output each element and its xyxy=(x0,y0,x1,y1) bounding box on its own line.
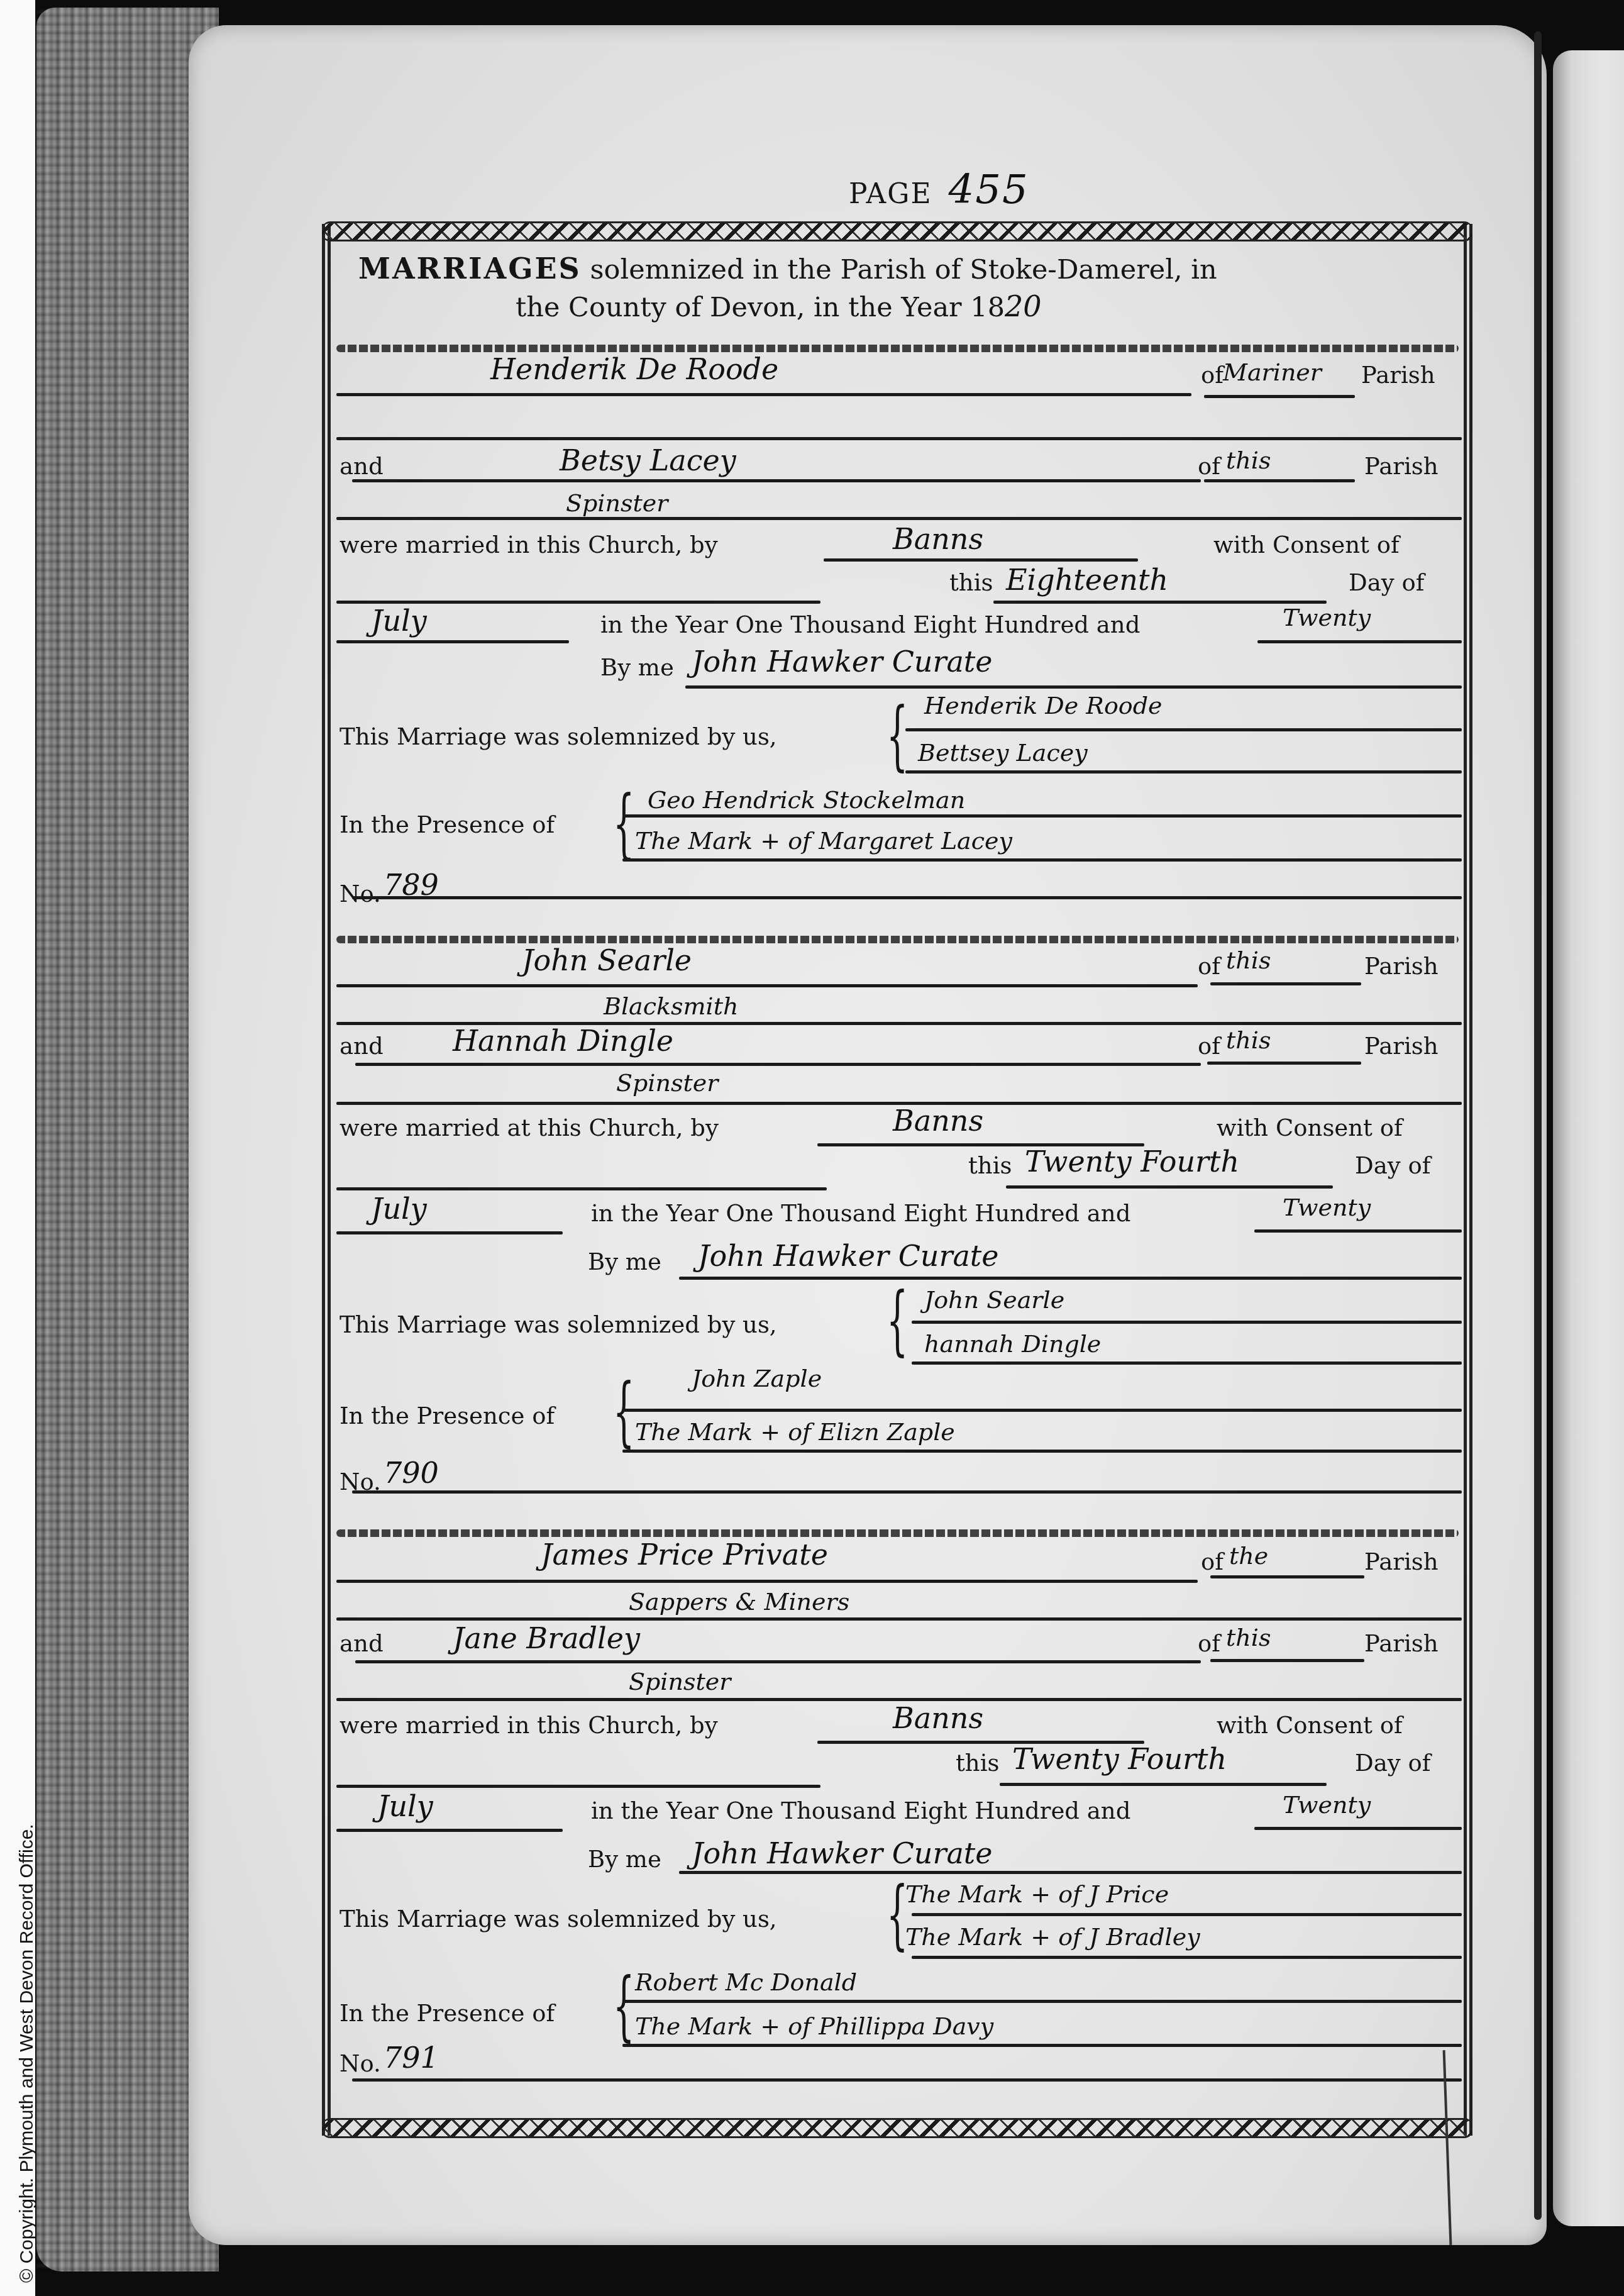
label-no: No. xyxy=(340,880,381,907)
entry-number: 791 xyxy=(384,2041,439,2075)
groom-name: James Price Private xyxy=(541,1538,828,1572)
rule xyxy=(1210,1659,1364,1662)
groom-parish: the xyxy=(1229,1542,1268,1570)
page-number-value: 455 xyxy=(949,167,1029,213)
groom-regiment: Sappers & Miners xyxy=(629,1588,849,1616)
top-chain-border xyxy=(322,221,1472,241)
marriage-day: Eighteenth xyxy=(1006,563,1168,597)
groom-parish: Mariner xyxy=(1223,358,1322,386)
married-by: Banns xyxy=(893,522,983,556)
rule xyxy=(622,2044,1462,2047)
brace: { xyxy=(613,1968,634,2044)
rule xyxy=(336,1580,1198,1583)
label-and: and xyxy=(340,1033,384,1060)
rule xyxy=(1204,395,1355,398)
rule xyxy=(912,1913,1462,1916)
label-in-year: in the Year One Thousand Eight Hundred a… xyxy=(591,1200,1130,1227)
label-parish: Parish xyxy=(1364,1630,1439,1657)
witness-2: The Mark + of Margaret Lacey xyxy=(635,827,1012,855)
label-parish: Parish xyxy=(1364,1548,1439,1575)
rule xyxy=(622,1409,1462,1412)
label-in-presence: In the Presence of xyxy=(340,811,555,838)
label-married-church: were married in this Church, by xyxy=(340,1712,718,1739)
rule xyxy=(336,393,1191,396)
rule xyxy=(1204,479,1355,482)
label-parish: Parish xyxy=(1361,362,1435,389)
rule xyxy=(622,814,1462,818)
groom-parish: this xyxy=(1226,946,1271,974)
page-label: PAGE xyxy=(849,178,932,210)
label-in-presence: In the Presence of xyxy=(340,2000,555,2027)
party-signature-2: hannah Dingle xyxy=(924,1330,1101,1358)
label-in-year: in the Year One Thousand Eight Hundred a… xyxy=(591,1797,1130,1824)
marriage-month: July xyxy=(377,1789,433,1823)
entry-separator xyxy=(336,345,1459,352)
party-signature-1: Henderik De Roode xyxy=(924,692,1163,719)
bride-parish: this xyxy=(1226,1624,1271,1651)
adjacent-page xyxy=(1553,50,1624,2226)
rule xyxy=(336,1617,1462,1621)
label-solemnized-by-us: This Marriage was solemnized by us, xyxy=(340,1311,777,1338)
rule xyxy=(336,1187,827,1190)
label-by-me: By me xyxy=(588,1846,661,1873)
entry-number: 790 xyxy=(384,1456,439,1490)
register-title: MARRIAGES solemnized in the Parish of St… xyxy=(358,252,1217,286)
officiant-signature: John Hawker Curate xyxy=(692,1836,993,1870)
bride-parish: this xyxy=(1226,446,1271,474)
register-subtitle: the County of Devon, in the Year 1820 xyxy=(516,289,1042,323)
brace: { xyxy=(613,786,634,862)
rule xyxy=(355,1660,1201,1663)
rule xyxy=(824,558,1138,562)
marriage-year: Twenty xyxy=(1283,1791,1371,1819)
rule xyxy=(336,517,1462,520)
brace: { xyxy=(613,1374,634,1450)
label-parish: Parish xyxy=(1364,953,1439,980)
bride-condition: Spinster xyxy=(566,489,668,517)
label-day-of: Day of xyxy=(1355,1750,1430,1777)
rule xyxy=(912,1321,1462,1324)
groom-name: John Searle xyxy=(522,943,692,977)
marriage-year: Twenty xyxy=(1283,1194,1371,1221)
label-and: and xyxy=(340,453,384,480)
brace: { xyxy=(887,698,908,774)
rule xyxy=(679,1277,1462,1280)
marriage-year: Twenty xyxy=(1283,604,1371,631)
bottom-chain-border xyxy=(322,2118,1472,2138)
rule xyxy=(905,728,1462,731)
label-of: of xyxy=(1198,1033,1220,1060)
rule xyxy=(1257,640,1462,643)
label-parish: Parish xyxy=(1364,453,1439,480)
rule xyxy=(352,479,1201,482)
rule xyxy=(1254,1827,1462,1830)
married-by: Banns xyxy=(893,1701,983,1735)
bride-condition: Spinster xyxy=(629,1668,731,1695)
groom-occupation: Blacksmith xyxy=(604,992,738,1020)
rule xyxy=(352,896,1462,899)
rule xyxy=(336,1829,563,1832)
rule xyxy=(622,1450,1462,1453)
rule xyxy=(355,1063,1201,1066)
label-this: this xyxy=(949,569,993,596)
subtitle-printed: the County of Devon, in the Year 18 xyxy=(516,292,1005,323)
party-signature-1: John Searle xyxy=(924,1286,1064,1314)
label-day-of: Day of xyxy=(1349,569,1424,596)
label-of: of xyxy=(1198,953,1220,980)
label-of: of xyxy=(1201,362,1224,389)
book-gutter xyxy=(1534,31,1542,2220)
marriage-month: July xyxy=(371,604,427,638)
bride-parish: this xyxy=(1226,1026,1271,1054)
rule xyxy=(912,1362,1462,1365)
rule xyxy=(993,601,1327,604)
label-with-consent: with Consent of xyxy=(1217,1712,1403,1739)
label-solemnized-by-us: This Marriage was solemnized by us, xyxy=(340,1905,777,1933)
marriage-day: Twenty Fourth xyxy=(1012,1742,1227,1776)
label-with-consent: with Consent of xyxy=(1213,531,1400,558)
label-this: this xyxy=(956,1750,1000,1777)
label-solemnized-by-us: This Marriage was solemnized by us, xyxy=(340,723,777,750)
witness-2: The Mark + of Elizn Zaple xyxy=(635,1418,955,1446)
label-of: of xyxy=(1198,453,1220,480)
rule xyxy=(1210,982,1361,985)
rule xyxy=(1254,1229,1462,1233)
rule xyxy=(912,1956,1462,1959)
marriage-day: Twenty Fourth xyxy=(1025,1145,1239,1179)
label-this: this xyxy=(968,1152,1012,1179)
bride-name: Hannah Dingle xyxy=(453,1024,673,1058)
rule xyxy=(679,1871,1462,1874)
rule xyxy=(336,984,1198,987)
page-number: PAGE 455 xyxy=(849,167,1029,213)
rule xyxy=(1000,1783,1327,1786)
label-in-presence: In the Presence of xyxy=(340,1402,555,1429)
entry-separator xyxy=(336,936,1459,943)
bride-name: Jane Bradley xyxy=(453,1621,640,1655)
rule xyxy=(336,437,1462,440)
married-by: Banns xyxy=(893,1104,983,1138)
label-in-year: in the Year One Thousand Eight Hundred a… xyxy=(600,611,1140,638)
rule xyxy=(905,770,1462,774)
title-marriages: MARRIAGES xyxy=(358,252,582,286)
party-signature-1: The Mark + of J Price xyxy=(905,1880,1169,1908)
year-handwritten: 20 xyxy=(1005,289,1042,323)
marriage-month: July xyxy=(371,1192,427,1226)
rule xyxy=(622,2000,1462,2003)
rule xyxy=(336,1785,820,1788)
rule xyxy=(622,858,1462,862)
entry-separator xyxy=(336,1529,1459,1537)
rule xyxy=(352,2078,1462,2082)
title-rest: solemnized in the Parish of Stoke-Damere… xyxy=(590,254,1217,286)
label-with-consent: with Consent of xyxy=(1217,1114,1403,1141)
brace: { xyxy=(887,1283,908,1358)
officiant-signature: John Hawker Curate xyxy=(698,1239,999,1273)
label-married-church: were married in this Church, by xyxy=(340,531,718,558)
bride-name: Betsy Lacey xyxy=(560,443,736,477)
label-by-me: By me xyxy=(588,1248,661,1275)
witness-2: The Mark + of Phillippa Davy xyxy=(635,2012,993,2040)
copyright-notice: © Copyright. Plymouth and West Devon Rec… xyxy=(18,1824,36,2283)
rule xyxy=(685,685,1462,689)
officiant-signature: John Hawker Curate xyxy=(692,645,993,679)
label-day-of: Day of xyxy=(1355,1152,1430,1179)
rule xyxy=(1210,1575,1364,1578)
rule xyxy=(352,1490,1462,1494)
rule xyxy=(336,640,569,643)
rule xyxy=(336,1231,563,1234)
rule xyxy=(1006,1185,1333,1189)
witness-1: Geo Hendrick Stockelman xyxy=(648,786,965,814)
label-parish: Parish xyxy=(1364,1033,1439,1060)
label-of: of xyxy=(1201,1548,1224,1575)
groom-name: Henderik De Roode xyxy=(490,352,778,386)
witness-1: Robert Mc Donald xyxy=(635,1968,857,1996)
label-and: and xyxy=(340,1630,384,1657)
label-by-me: By me xyxy=(600,654,674,681)
bride-condition: Spinster xyxy=(616,1069,718,1097)
label-married-church: were married at this Church, by xyxy=(340,1114,719,1141)
label-of: of xyxy=(1198,1630,1220,1657)
label-no: No. xyxy=(340,2050,381,2077)
party-signature-2: Bettsey Lacey xyxy=(918,739,1088,767)
witness-1: John Zaple xyxy=(692,1365,822,1392)
rule xyxy=(1207,1062,1361,1065)
party-signature-2: The Mark + of J Bradley xyxy=(905,1923,1200,1951)
